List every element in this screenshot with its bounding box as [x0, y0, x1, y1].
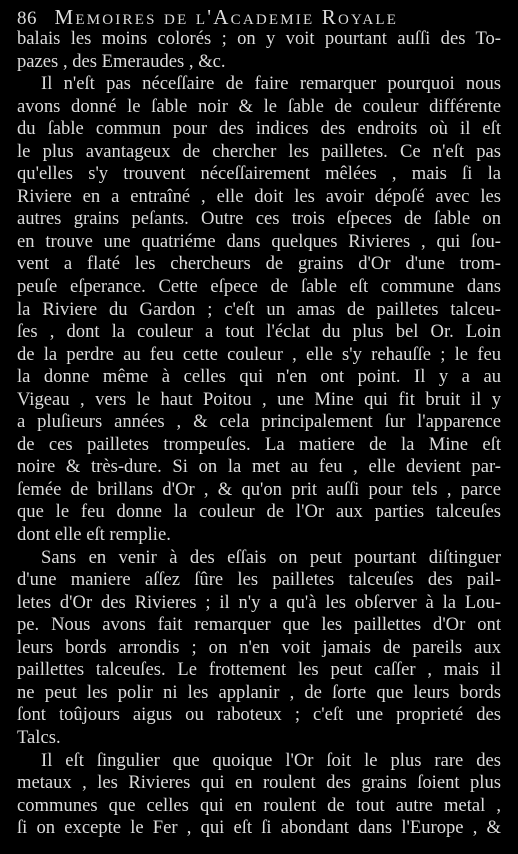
- text-line: de ces pailletes trompeuſes. La matiere …: [17, 434, 501, 457]
- running-title: Memoires de l'Academie Royale: [55, 5, 399, 29]
- text-line: ſont toûjours aigus ou raboteux ; c'eſt …: [17, 704, 501, 727]
- text-line: autres grains peſants. Outre ces trois e…: [17, 208, 501, 231]
- text-line: avons donné le ſable noir & le ſable de …: [17, 96, 501, 119]
- text-line: Il eſt ſingulier que quoique l'Or ſoit l…: [17, 750, 501, 773]
- body-text: balais les moins colorés ; on y voit pou…: [17, 28, 501, 840]
- text-line: la Riviere du Gardon ; c'eſt un amas de …: [17, 299, 501, 322]
- text-line: pe. Nous avons fait remarquer que les pa…: [17, 614, 501, 637]
- text-line: ſi on excepte le Fer , qui eſt ſi abonda…: [17, 817, 501, 840]
- text-line: letes d'Or des Rivieres ; il n'y a qu'à …: [17, 592, 501, 615]
- text-line: pazes , des Emeraudes , &c.: [17, 51, 501, 74]
- text-line: leurs bords arrondis ; on n'en voit jama…: [17, 637, 501, 660]
- text-line: dont elle eſt remplie.: [17, 524, 501, 547]
- text-line: ſes , dont la couleur a tout l'éclat du …: [17, 321, 501, 344]
- text-line: a pluſieurs années , & cela principaleme…: [17, 411, 501, 434]
- text-line: en trouve une quatriéme dans quelques Ri…: [17, 231, 501, 254]
- text-line: communes que celles qui en roulent de to…: [17, 795, 501, 818]
- text-line: Vigeau , vers le haut Poitou , une Mine …: [17, 389, 501, 412]
- text-line: que le feu donne la couleur de l'Or aux …: [17, 501, 501, 524]
- text-line: metaux , les Rivieres qui en roulent des…: [17, 772, 501, 795]
- text-line: de la perdre au feu cette couleur , elle…: [17, 344, 501, 367]
- scanned-page: 86 Memoires de l'Academie Royale balais …: [0, 0, 518, 854]
- text-line: du ſable commun pour des indices des end…: [17, 118, 501, 141]
- text-line: d'une maniere aſſez ſûre les pailletes t…: [17, 569, 501, 592]
- text-line: ſemée de brillans d'Or , & qu'on prit au…: [17, 479, 501, 502]
- text-line: ne peut les polir ni les applanir , de ſ…: [17, 682, 501, 705]
- text-line: le plus avantageux de chercher les paill…: [17, 141, 501, 164]
- text-line: Sans en venir à des eſſais on peut pourt…: [17, 547, 501, 570]
- text-line: peuſe eſperance. Cette eſpece de ſable e…: [17, 276, 501, 299]
- text-line: vent a flaté les chercheurs de grains d'…: [17, 253, 501, 276]
- text-line: la donne même à celles qui n'en ont poin…: [17, 366, 501, 389]
- text-line: Il n'eſt pas néceſſaire de faire remarqu…: [17, 73, 501, 96]
- text-line: qu'elles s'y trouvent néceſſairement mêl…: [17, 163, 501, 186]
- text-line: balais les moins colorés ; on y voit pou…: [17, 28, 501, 51]
- text-line: paillettes talceuſes. Le frottement les …: [17, 659, 501, 682]
- text-line: Riviere en a entraîné , elle doit les av…: [17, 186, 501, 209]
- text-line: noire & très-dure. Si on la met au feu ,…: [17, 456, 501, 479]
- running-head: 86 Memoires de l'Academie Royale: [17, 5, 507, 29]
- text-line: Talcs.: [17, 727, 501, 750]
